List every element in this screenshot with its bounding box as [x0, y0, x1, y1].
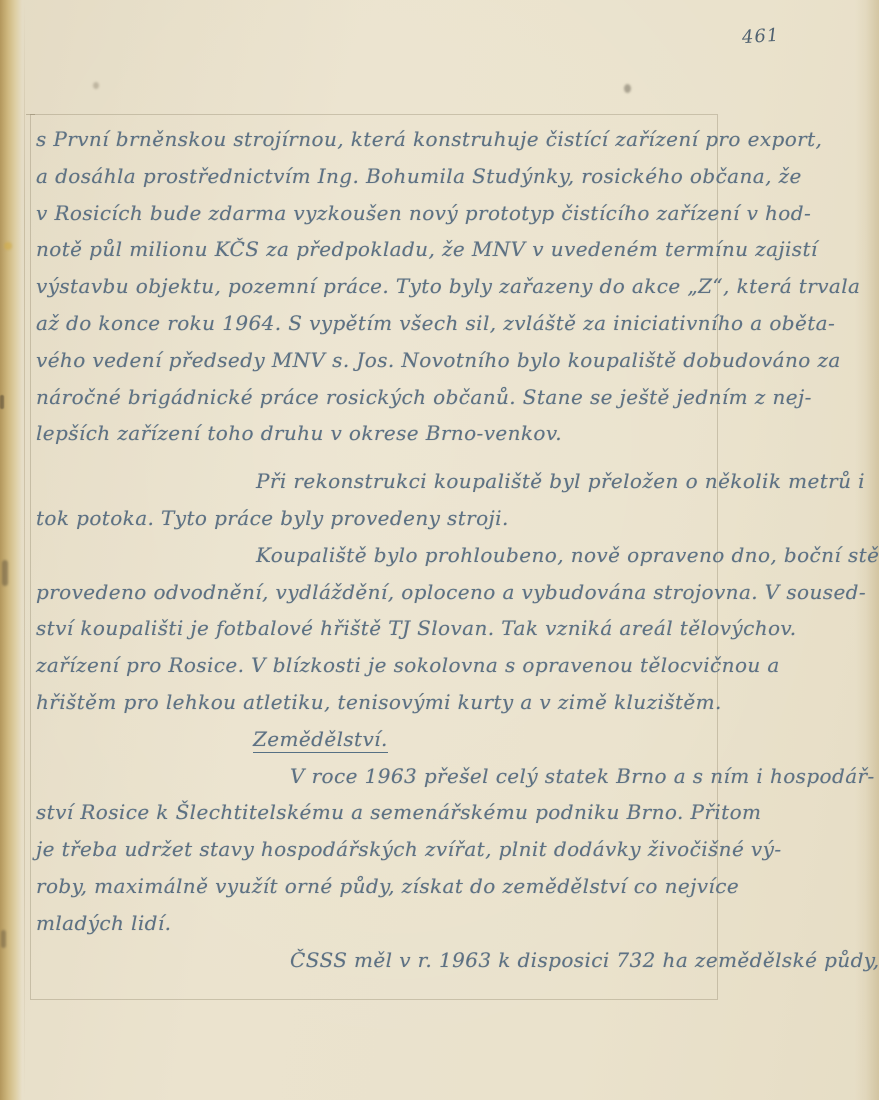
handwritten-line: Koupaliště bylo prohloubeno, nově oprave… [36, 537, 836, 574]
manuscript-text: s První brněnskou strojírnou, která kons… [36, 121, 836, 978]
book-binding-edge [0, 0, 22, 1100]
handwritten-line: s První brněnskou strojírnou, která kons… [36, 121, 836, 158]
paper-stain [93, 82, 99, 89]
handwritten-line: tok potoka. Tyto práce byly provedeny st… [36, 500, 836, 537]
handwritten-line: mladých lidí. [36, 905, 836, 942]
handwritten-line: notě půl milionu KČS za předpokladu, že … [36, 231, 836, 268]
handwritten-line: vého vedení předsedy MNV s. Jos. Novotní… [36, 342, 836, 379]
handwritten-line: je třeba udržet stavy hospodářských zvíř… [36, 831, 836, 868]
handwritten-line: až do konce roku 1964. S vypětím všech s… [36, 305, 836, 342]
handwritten-line: roby, maximálně využít orné půdy, získat… [36, 868, 836, 905]
handwritten-line: Při rekonstrukci koupaliště byl přeložen… [36, 463, 836, 500]
binding-crease-line [24, 0, 25, 1100]
section-heading: Zemědělství. [36, 721, 836, 758]
handwritten-line: lepších zařízení toho druhu v okrese Brn… [36, 415, 836, 452]
handwritten-line: náročné brigádnické práce rosických obča… [36, 379, 836, 416]
handwritten-line: a dosáhla prostřednictvím Ing. Bohumila … [36, 158, 836, 195]
handwritten-line: hřištěm pro lehkou atletiku, tenisovými … [36, 684, 836, 721]
paper-stain [624, 84, 631, 93]
section-heading-underlined-text: Zemědělství. [253, 727, 388, 753]
handwritten-line: zařízení pro Rosice. V blízkosti je soko… [36, 647, 836, 684]
handwritten-line: výstavbu objektu, pozemní práce. Tyto by… [36, 268, 836, 305]
handwritten-line: provedeno odvodnění, vydláždění, oplocen… [36, 574, 836, 611]
page-number: 461 [741, 25, 780, 49]
handwritten-line: ství koupališti je fotbalové hřiště TJ S… [36, 610, 836, 647]
handwritten-line: V roce 1963 přešel celý statek Brno a s … [36, 758, 836, 795]
manuscript-page: 461 s První brněnskou strojírnou, která … [0, 0, 879, 1100]
handwritten-line: ČSSS měl v r. 1963 k disposici 732 ha ze… [36, 942, 836, 979]
handwritten-line: v Rosicích bude zdarma vyzkoušen nový pr… [36, 195, 836, 232]
handwritten-line: ství Rosice k Šlechtitelskému a semenářs… [36, 794, 836, 831]
